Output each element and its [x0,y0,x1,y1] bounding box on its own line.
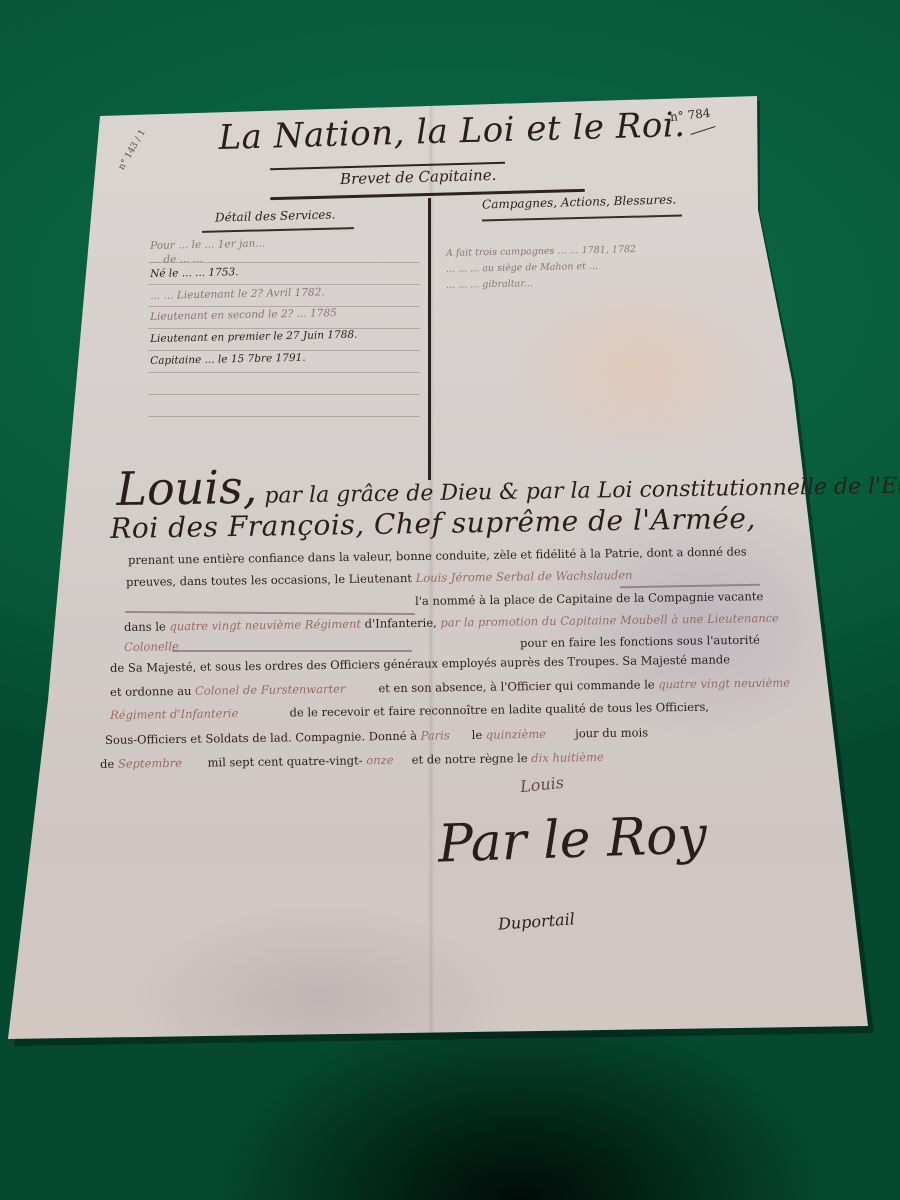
body-text: et de notre règne le [412,751,528,767]
body-line: Colonelle [124,639,179,654]
body-text: de [100,757,114,771]
ruled-line [148,328,420,329]
body-line: pour en faire les fonctions sous l'autor… [520,633,760,650]
ruled-line [148,350,420,351]
body-line: et ordonne au Colonel de Furstenwarter e… [110,676,790,699]
body-text: et en son absence, à l'Officier qui comm… [378,677,654,695]
services-heading: Détail des Services. [215,207,336,224]
service-entry: Lieutenant en second le 2? ... 1785 [150,307,337,323]
filled-day: quinzième [486,727,546,742]
royal-signature: Louis [519,773,565,796]
body-text: mil sept cent quatre-vingt- [207,753,362,769]
document-subtitle: Brevet de Capitaine. [340,166,497,188]
service-entry: Capitaine ... le 15 7bre 1791. [150,352,306,367]
filled-place: Paris [421,728,450,742]
services-brace [202,227,354,233]
campaign-entry: ... ... ... au siège de Mahon et ... [446,261,598,275]
filled-month: Septembre [118,756,182,771]
opening-initial: Louis, [116,460,258,516]
body-text: de Sa Majesté, et sous les ordres des Of… [110,652,730,675]
ruled-line [148,416,420,417]
filled-year: onze [366,753,393,767]
document-title: La Nation, la Loi et le Roi. [218,105,686,158]
countersignature: Duportail [497,909,575,933]
body-text: de le recevoir et faire reconnoître en l… [289,700,709,720]
filled-regiment-type: Régiment d'Infanterie [110,706,238,722]
filled-regiment-2: quatre vingt neuvième [658,676,790,692]
body-text: dans le [124,619,166,634]
fill-line [620,584,760,588]
body-text: et ordonne au [110,684,192,699]
filled-reason: par la promotion du Capitaine Moubell à … [440,611,779,630]
campaigns-heading: Campagnes, Actions, Blessures. [482,192,677,211]
body-line: de Sa Majesté, et sous les ordres des Of… [110,652,730,675]
opening-line-1-text: par la grâce de Dieu & par la Loi consti… [264,473,900,509]
par-le-roy-signature: Par le Roy [437,805,708,874]
service-entry: ... de ... ... [150,253,203,266]
ruled-line [148,372,420,373]
body-line: Régiment d'Infanterie de le recevoir et … [110,700,709,722]
service-entry: ... ... Lieutenant le 2? Avril 1782. [150,286,325,302]
body-text: pour en faire les fonctions sous l'autor… [520,633,760,650]
corner-note-left: n° 143 / 1 [117,128,148,172]
fill-line [125,611,415,615]
body-line: dans le quatre vingt neuvième Régiment d… [124,611,779,634]
body-line: preuves, dans toutes les occasions, le L… [126,568,633,589]
corner-note-underline [690,126,715,135]
ruled-line [148,284,420,285]
service-entry: Pour ... le ... 1er jan... [150,238,265,252]
fill-line [172,650,412,652]
body-text: l'a nommé à la place de Capitaine de la … [415,589,763,608]
body-text: preuves, dans toutes les occasions, le L… [126,571,412,589]
body-line: de Septembre mil sept cent quatre-vingt-… [100,750,604,771]
body-text: le [472,728,483,742]
body-text: Sous-Officiers et Soldats de lad. Compag… [105,729,417,747]
ruled-line [148,394,420,395]
service-entry: Lieutenant en premier le 27 Juin 1788. [150,329,358,345]
brevet-document: n° 143 / 1 n° 784 La Nation, la Loi et l… [0,0,900,1200]
campaign-entry: ... ... ... gibraltar... [446,278,533,291]
filled-colonel: Colonel de Furstenwarter [195,682,346,698]
campaigns-brace [482,215,682,222]
filled-regiment: quatre vingt neuvième Régiment [169,617,361,634]
filled-rank: Colonelle [124,639,179,654]
body-line: Sous-Officiers et Soldats de lad. Compag… [105,725,648,747]
service-entry: Né le ... ... 1753. [150,266,239,280]
column-divider [428,198,431,480]
body-text: d'Infanterie, [365,616,437,631]
body-line: l'a nommé à la place de Capitaine de la … [415,589,763,608]
filled-name: Louis Jérome Serbal de Wachslauden [416,568,633,585]
campaign-entry: A fait trois campagnes ... ... 1781, 178… [446,244,636,259]
body-text: jour du mois [575,725,648,740]
filled-reign-year: dix huitième [531,750,604,765]
ruled-line [148,306,420,307]
body-line: prenant une entière confiance dans la va… [128,544,747,567]
body-text: prenant une entière confiance dans la va… [128,544,747,567]
